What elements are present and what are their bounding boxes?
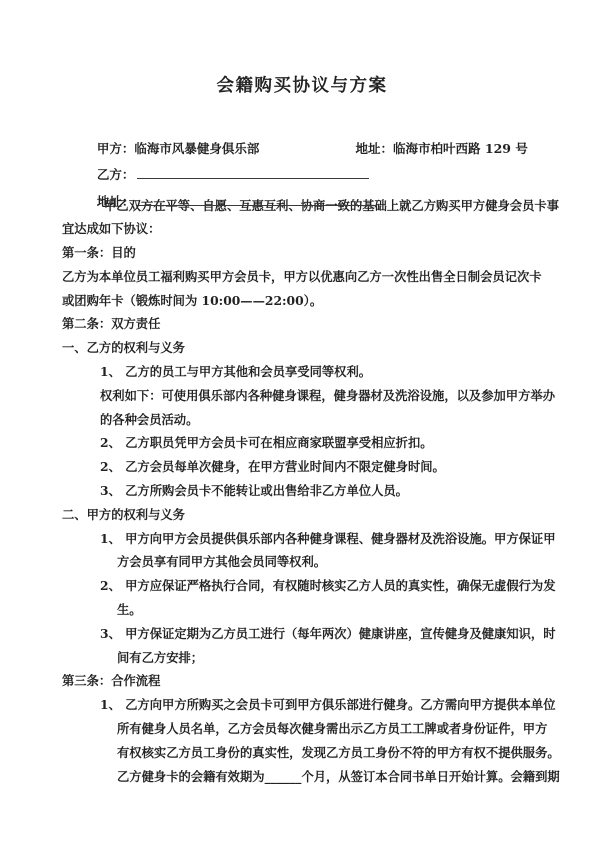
document-line: 宜达成如下协议： [62,217,542,241]
document-line: 方会员享有同甲方其他会员同等权利。 [62,550,542,574]
section-heading: 第三条：合作流程 [62,669,542,693]
section-heading: 一、乙方的权利与义务 [62,336,542,360]
document-line: 间有乙方安排； [62,646,542,670]
address-b-row: 地址： [62,162,542,189]
document-line: 1、 乙方的员工与甲方其他和会员享受同等权利。 [62,360,542,384]
page-content: 会籍购买协议与方案 甲方：临海市风暴健身俱乐部 地址：临海市柏叶西路 129 号… [0,0,600,788]
document-line: 3、 甲方保证定期为乙方员工进行（每年两次）健康讲座，宣传健身及健康知识，时 [62,622,542,646]
section-heading: 二、甲方的权利与义务 [62,503,542,527]
document-line: 乙方为本单位员工福利购买甲方会员卡，甲方以优惠向乙方一次性出售全日制会员记次卡 [62,265,542,289]
document-line: 3、 乙方所购会员卡不能转让或出售给非乙方单位人员。 [62,479,542,503]
section-heading: 第二条：双方责任 [62,312,542,336]
document-header: 甲方：临海市风暴健身俱乐部 地址：临海市柏叶西路 129 号 乙方： 地址： [62,109,542,189]
document-line: 有权核实乙方员工身份的真实性，发现乙方员工身份不符的甲方有权不提供服务。 [62,741,542,765]
document-line: 2、 乙方职员凭甲方会员卡可在相应商家联盟享受相应折扣。 [62,431,542,455]
document-line: 1、 甲方向甲方会员提供俱乐部内各种健身课程、健身器材及洗浴设施。甲方保证甲 [62,527,542,551]
document-line: 1、 乙方向甲方所购买之会员卡可到甲方俱乐部进行健身。乙方需向甲方提供本单位 [62,693,542,717]
section-heading: 第一条：目的 [62,241,542,265]
address-b-label: 地址： [97,194,135,209]
party-b-row: 乙方： [62,136,542,163]
document-line: 2、 甲方应保证严格执行合同，有权随时核实乙方人员的真实性，确保无虚假行为发 [62,574,542,598]
document-line: 生。 [62,598,542,622]
scanned-contract-page: 会籍购买协议与方案 甲方：临海市风暴健身俱乐部 地址：临海市柏叶西路 129 号… [0,0,600,849]
address-b-blank-field [137,192,377,206]
document-line: 的各种会员活动。 [62,408,542,432]
document-line: 所有健身人员名单，乙方会员每次健身需出示乙方员工工牌或者身份证件，甲方 [62,717,542,741]
document-line: 2、 乙方会员每单次健身，在甲方营业时间内不限定健身时间。 [62,455,542,479]
document-line: 乙方健身卡的会籍有效期为______个月，从签订本合同书单日开始计算。会籍到期 [62,765,542,789]
party-a-row: 甲方：临海市风暴健身俱乐部 地址：临海市柏叶西路 129 号 [62,109,542,136]
document-line: 权利如下：可使用俱乐部内各种健身课程，健身器材及洗浴设施，以及参加甲方举办 [62,384,542,408]
document-line: 或团购年卡（锻炼时间为 10:00——22:00）。 [62,289,542,313]
document-title: 会籍购买协议与方案 [62,74,542,102]
document-body: 甲乙双方在平等、自愿、互惠互利、协商一致的基础上就乙方购买甲方健身会员卡事宜达成… [62,194,542,789]
